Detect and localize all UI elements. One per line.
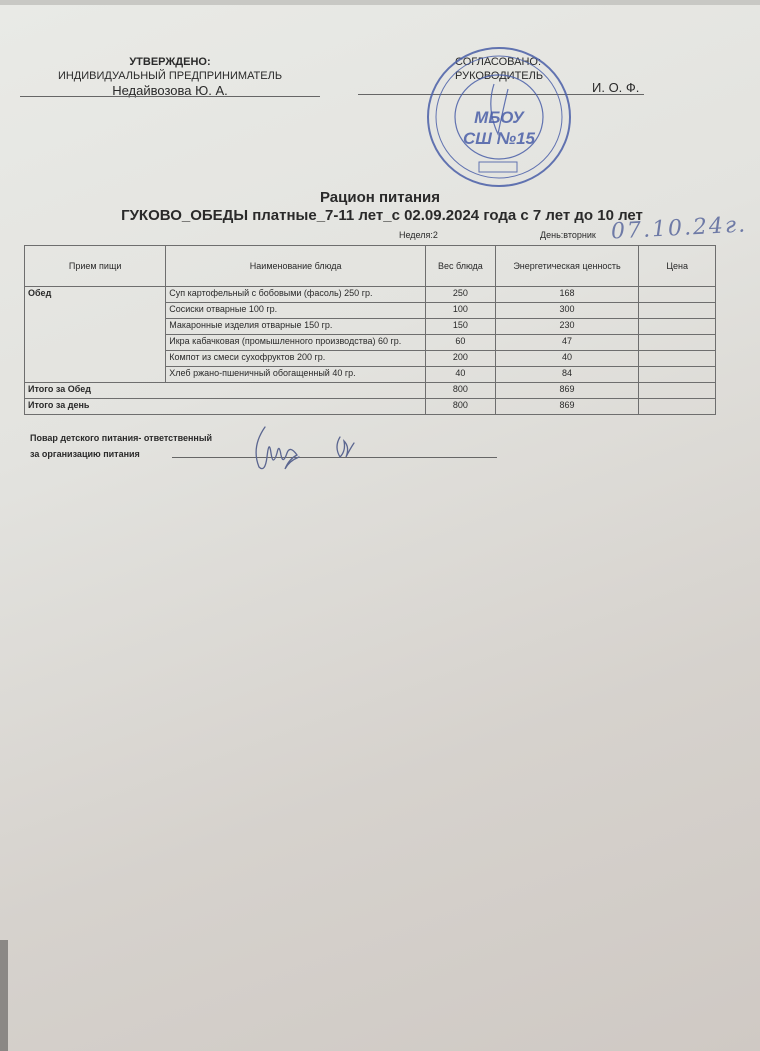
svg-text:МБОУ: МБОУ <box>474 108 525 127</box>
dish-energy: 40 <box>495 351 639 367</box>
total-label: Итого за день <box>25 399 426 415</box>
total-price <box>639 399 716 415</box>
dish-energy: 230 <box>495 319 639 335</box>
document-page: УТВЕРЖДЕНО: ИНДИВИДУАЛЬНЫЙ ПРЕДПРИНИМАТЕ… <box>0 0 760 1051</box>
dish-name: Компот из смеси сухофруктов 200 гр. <box>166 351 426 367</box>
table-header-row: Прием пищи Наименование блюда Вес блюда … <box>25 246 716 287</box>
menu-table: Прием пищи Наименование блюда Вес блюда … <box>24 245 716 415</box>
handwritten-signature-icon <box>245 425 385 475</box>
cook-line-2: за организацию питания <box>30 446 212 462</box>
dish-price <box>639 287 716 303</box>
dish-name: Суп картофельный с бобовыми (фасоль) 250… <box>166 287 426 303</box>
dish-weight: 100 <box>426 303 496 319</box>
table-row: Обед Суп картофельный с бобовыми (фасоль… <box>25 287 716 303</box>
agreement-name-placeholder: И. О. Ф. <box>592 80 639 95</box>
dish-name: Макаронные изделия отварные 150 гр. <box>166 319 426 335</box>
total-energy: 869 <box>495 383 639 399</box>
day-label: День:вторник <box>540 230 596 240</box>
header-weight: Вес блюда <box>426 246 496 287</box>
total-weight: 800 <box>426 383 496 399</box>
dish-energy: 84 <box>495 367 639 383</box>
meal-cell: Обед <box>25 287 166 383</box>
dish-energy: 47 <box>495 335 639 351</box>
approval-signature-line <box>20 96 320 97</box>
header-meal: Прием пищи <box>25 246 166 287</box>
dish-weight: 250 <box>426 287 496 303</box>
dish-weight: 40 <box>426 367 496 383</box>
approval-label: УТВЕРЖДЕНО: <box>20 55 320 69</box>
dish-name: Икра кабачковая (промышленного производс… <box>166 335 426 351</box>
svg-text:СШ №15: СШ №15 <box>463 129 536 148</box>
header-price: Цена <box>639 246 716 287</box>
dish-name: Хлеб ржано-пшеничный обогащенный 40 гр. <box>166 367 426 383</box>
approval-block: УТВЕРЖДЕНО: ИНДИВИДУАЛЬНЫЙ ПРЕДПРИНИМАТЕ… <box>20 55 320 99</box>
cook-line-1: Повар детского питания- ответственный <box>30 430 212 446</box>
total-row: Итого за день 800 869 <box>25 399 716 415</box>
dish-weight: 60 <box>426 335 496 351</box>
total-label: Итого за Обед <box>25 383 426 399</box>
dish-price <box>639 319 716 335</box>
dish-weight: 150 <box>426 319 496 335</box>
dish-price <box>639 367 716 383</box>
total-price <box>639 383 716 399</box>
dish-price <box>639 351 716 367</box>
dish-weight: 200 <box>426 351 496 367</box>
total-row: Итого за Обед 800 869 <box>25 383 716 399</box>
dish-price <box>639 335 716 351</box>
total-energy: 869 <box>495 399 639 415</box>
dish-price <box>639 303 716 319</box>
header-energy: Энергетическая ценность <box>495 246 639 287</box>
header-dish: Наименование блюда <box>166 246 426 287</box>
dish-energy: 300 <box>495 303 639 319</box>
dish-energy: 168 <box>495 287 639 303</box>
dish-name: Сосиски отварные 100 гр. <box>166 303 426 319</box>
week-label: Неделя:2 <box>399 230 438 240</box>
official-stamp-icon: МБОУ СШ №15 <box>424 44 574 190</box>
document-title: Рацион питания <box>0 189 760 206</box>
total-weight: 800 <box>426 399 496 415</box>
approval-role: ИНДИВИДУАЛЬНЫЙ ПРЕДПРИНИМАТЕЛЬ <box>20 69 320 83</box>
